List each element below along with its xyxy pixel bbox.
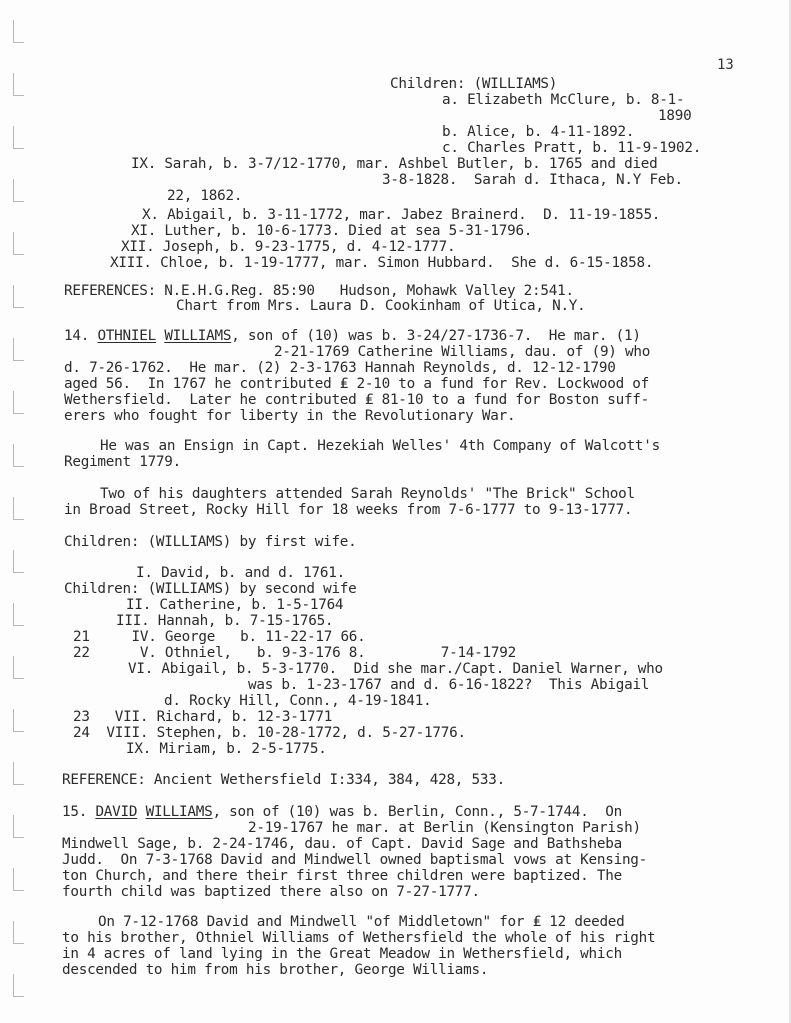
text-line: 22, 1862. bbox=[167, 188, 242, 204]
binder-mark bbox=[13, 921, 24, 944]
text-line: c. Charles Pratt, b. 11-9-1902. bbox=[442, 140, 701, 156]
binder-mark bbox=[13, 444, 24, 467]
text-line: On 7-12-1768 David and Mindwell "of Midd… bbox=[98, 914, 625, 930]
binder-mark bbox=[13, 232, 24, 255]
text-line: 24 VIII. Stephen, b. 10-28-1772, d. 5-27… bbox=[73, 725, 466, 741]
text-line: XIII. Chloe, b. 1-19-1777, mar. Simon Hu… bbox=[110, 255, 653, 271]
text-line: XII. Joseph, b. 9-23-1775, d. 4-12-1777. bbox=[121, 239, 455, 255]
text-line: a. Elizabeth McClure, b. 8-1- bbox=[442, 92, 684, 108]
text-line: IX. Miriam, b. 2-5-1775. bbox=[126, 741, 327, 757]
space bbox=[137, 804, 145, 820]
binder-mark bbox=[13, 497, 24, 520]
text-line: descended to him from his brother, Georg… bbox=[62, 962, 488, 978]
underlined-name: WILLIAMS bbox=[146, 804, 213, 820]
binder-mark bbox=[13, 709, 24, 732]
text-line: d. 7-26-1762. He mar. (2) 2-3-1763 Hanna… bbox=[64, 360, 616, 376]
binder-mark bbox=[13, 656, 24, 679]
text-line: He was an Ensign in Capt. Hezekiah Welle… bbox=[100, 438, 660, 454]
text-line: 3-8-1828. Sarah d. Ithaca, N.Y Feb. bbox=[382, 172, 683, 188]
text-line: Children: (WILLIAMS) bbox=[390, 76, 557, 92]
text-line: Children: (WILLIAMS) by second wife bbox=[64, 581, 357, 597]
text-line: 14. OTHNIEL WILLIAMS, son of (10) was b.… bbox=[64, 328, 641, 344]
binder-mark bbox=[13, 974, 24, 997]
binder-mark bbox=[13, 603, 24, 626]
text-line: d. Rocky Hill, Conn., 4-19-1841. bbox=[164, 693, 431, 709]
text-line: Chart from Mrs. Laura D. Cookinham of Ut… bbox=[176, 298, 586, 314]
text-line: Wethersfield. Later he contributed ₤ 81-… bbox=[64, 392, 649, 408]
underlined-name: OTHNIEL bbox=[97, 328, 156, 344]
text-line: 2-19-1767 he mar. at Berlin (Kensington … bbox=[248, 820, 641, 836]
text-line: REFERENCE: Ancient Wethersfield I:334, 3… bbox=[62, 772, 505, 788]
binder-mark bbox=[13, 391, 24, 414]
text-line: REFERENCES: N.E.H.G.Reg. 85:90 Hudson, M… bbox=[64, 283, 574, 299]
text-line: X. Abigail, b. 3-11-1772, mar. Jabez Bra… bbox=[142, 207, 660, 223]
text-line: III. Hannah, b. 7-15-1765. bbox=[116, 613, 333, 629]
text-line: to his brother, Othniel Williams of Weth… bbox=[62, 930, 655, 946]
underlined-name: WILLIAMS bbox=[164, 328, 231, 344]
binder-mark bbox=[13, 73, 24, 96]
text-line: in Broad Street, Rocky Hill for 18 weeks… bbox=[64, 502, 632, 518]
text-line: Children: (WILLIAMS) by first wife. bbox=[64, 534, 357, 550]
text-line: 15. DAVID WILLIAMS, son of (10) was b. B… bbox=[62, 804, 622, 820]
text-line: I. David, b. and d. 1761. bbox=[136, 565, 345, 581]
binder-mark bbox=[13, 868, 24, 891]
text-line: II. Catherine, b. 1-5-1764 bbox=[126, 597, 343, 613]
text-line: Regiment 1779. bbox=[64, 454, 181, 470]
text-line: b. Alice, b. 4-11-1892. bbox=[442, 124, 634, 140]
binder-mark bbox=[13, 126, 24, 149]
text-line: 23 VII. Richard, b. 12-3-1771 bbox=[73, 709, 332, 725]
binder-mark bbox=[13, 338, 24, 361]
text-line: 22 V. Othniel, b. 9-3-176 8. 7-14-1792 bbox=[73, 645, 516, 661]
text-line: fourth child was baptized there also on … bbox=[62, 884, 480, 900]
text-line: Mindwell Sage, b. 2-24-1746, dau. of Cap… bbox=[62, 836, 622, 852]
binder-mark bbox=[13, 285, 24, 308]
text-line: ton Church, and there their first three … bbox=[62, 868, 622, 884]
text-line: XI. Luther, b. 10-6-1773. Died at sea 5-… bbox=[131, 223, 532, 239]
binder-mark bbox=[13, 179, 24, 202]
binder-mark bbox=[13, 20, 24, 43]
text-line: VI. Abigail, b. 5-3-1770. Did she mar./C… bbox=[128, 661, 663, 677]
text-line: 21 IV. George b. 11-22-17 66. bbox=[73, 629, 366, 645]
underlined-name: DAVID bbox=[95, 804, 137, 820]
text-line: 1890 bbox=[658, 108, 691, 124]
text-line: was b. 1-23-1767 and d. 6-16-1822? This … bbox=[248, 677, 649, 693]
page-number: 13 bbox=[717, 57, 734, 73]
text-line: Judd. On 7-3-1768 David and Mindwell own… bbox=[62, 852, 647, 868]
text-line: erers who fought for liberty in the Revo… bbox=[64, 408, 515, 424]
text-line: in 4 acres of land lying in the Great Me… bbox=[62, 946, 622, 962]
text-line: IX. Sarah, b. 3-7/12-1770, mar. Ashbel B… bbox=[131, 156, 658, 172]
binder-mark bbox=[13, 815, 24, 838]
text-line: 2-21-1769 Catherine Williams, dau. of (9… bbox=[274, 344, 650, 360]
text-line: Two of his daughters attended Sarah Reyn… bbox=[100, 486, 635, 502]
document-page: 13 Children: (WILLIAMS)a. Elizabeth McCl… bbox=[0, 0, 791, 1023]
text-line: aged 56. In 1767 he contributed ₤ 2-10 t… bbox=[64, 376, 649, 392]
binder-mark bbox=[13, 550, 24, 573]
binder-mark bbox=[13, 762, 24, 785]
